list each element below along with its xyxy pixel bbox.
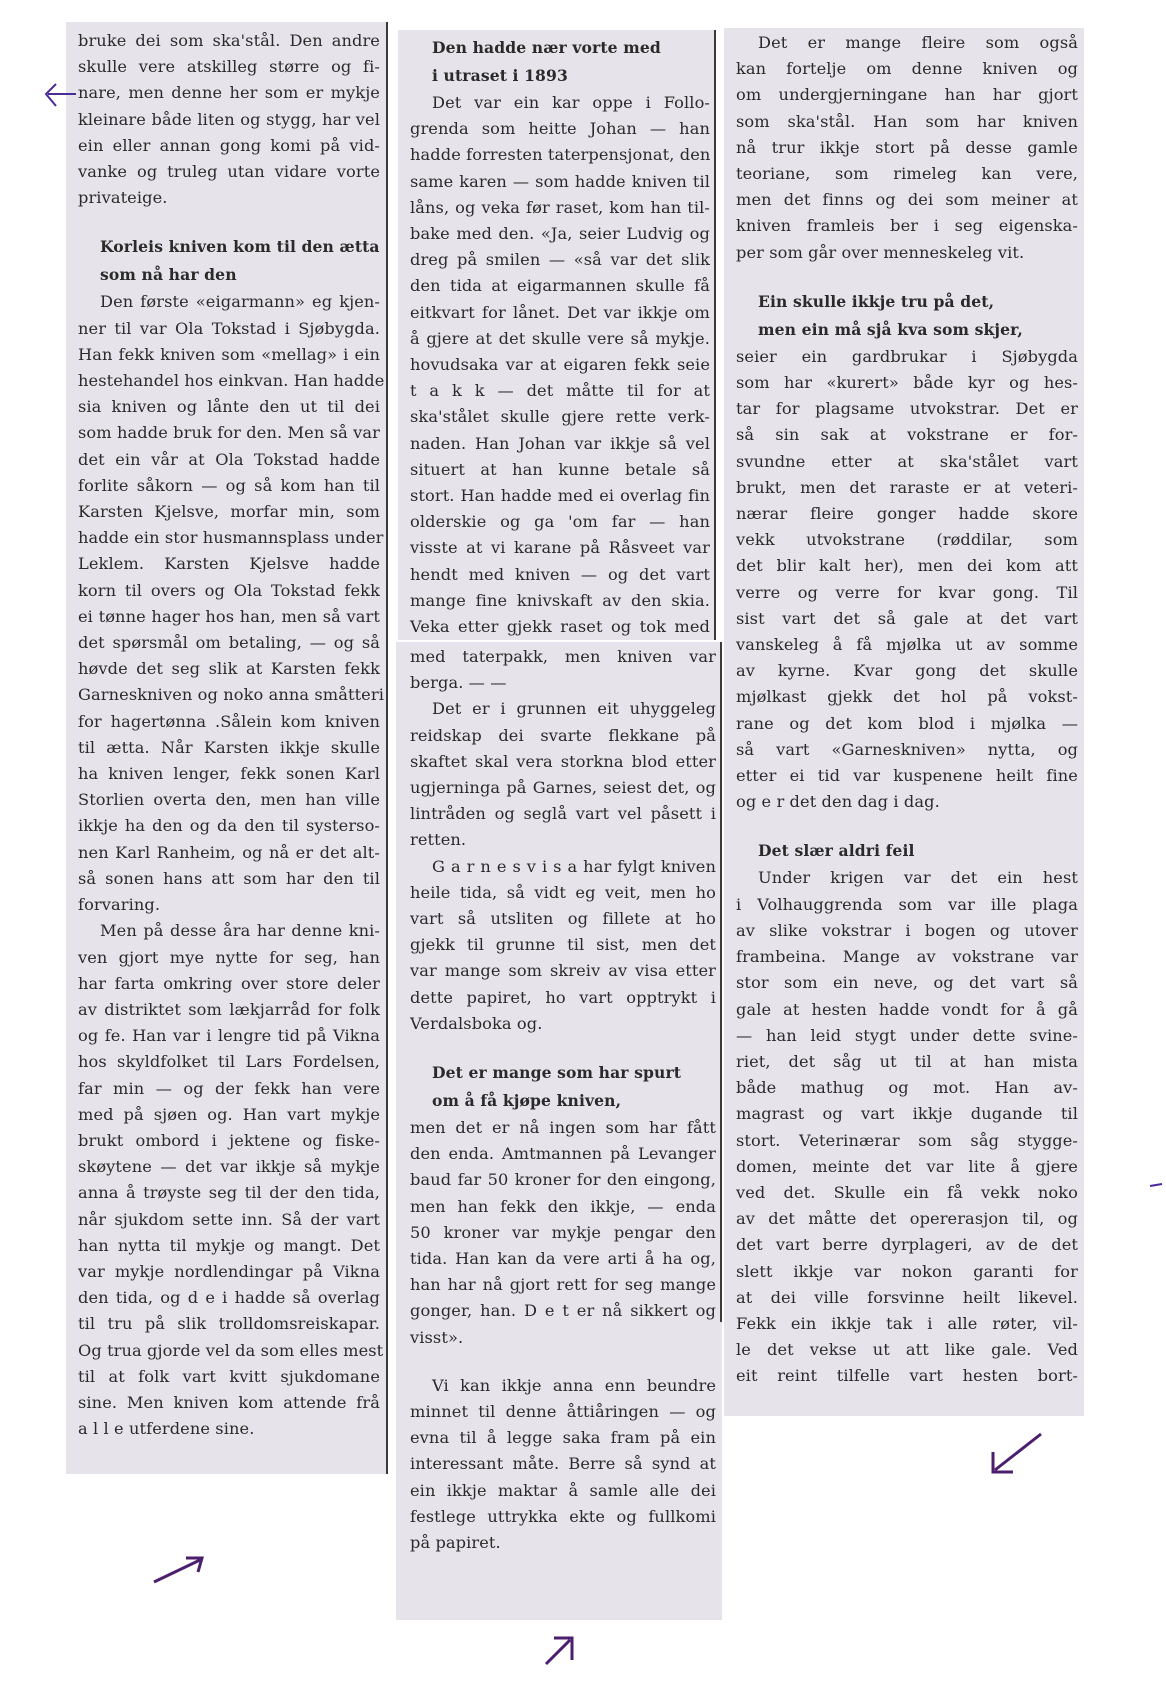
text-line: stort. Han hadde med ei overlag fin — [410, 483, 710, 509]
text-line: sine. Men kniven kom attende frå — [78, 1390, 380, 1416]
heading-line: Det er mange som har spurt — [432, 1059, 716, 1087]
text-line: olderskie og ga 'om far — han — [410, 509, 710, 535]
text-line: lintråden og seglå vart vel påsett i — [410, 801, 716, 827]
text-line: ved det. Skulle ein få vekk noko — [736, 1180, 1078, 1206]
text-line: domen, meinte det var lite å gjere — [736, 1154, 1078, 1180]
text-line: stort. Veterinærar som såg stygge- — [736, 1128, 1078, 1154]
text-line: det vart berre dyrplageri, av de det — [736, 1232, 1078, 1258]
text-line: hadde ein stor husmannsplass under — [78, 525, 380, 551]
text-line: privateige. — [78, 185, 380, 211]
text-line: for hagertønna .Sålein kom kniven — [78, 709, 380, 735]
middle-p4: men det er nå ingen som har fåttden enda… — [410, 1115, 716, 1351]
text-line: seier ein gardbrukar i Sjøbygda — [736, 344, 1078, 370]
text-line: ven gjort mye nytte for seg, han — [78, 945, 380, 971]
text-line: le det vekse ut att like gale. Ved — [736, 1337, 1078, 1363]
text-line: t a k k — det måtte til for at — [410, 378, 710, 404]
text-line: ha kniven lenger, fekk sonen Karl — [78, 761, 380, 787]
text-line: ein eller annan gong komi på vid- — [78, 133, 380, 159]
text-line: vanke og truleg utan vidare vorte — [78, 159, 380, 185]
text-line: han nytta til mykje og mangt. Det — [78, 1233, 380, 1259]
text-line: mange fine knivskaft av den skia. — [410, 588, 710, 614]
text-line: den tida, og d e i hadde så overlag — [78, 1285, 380, 1311]
middle-column-clipping-bottom: med taterpakk, men kniven varberga. — — … — [396, 642, 722, 1620]
text-line: Under krigen var det ein hest — [736, 865, 1078, 891]
text-line: dette papiret, ho vart opptrykt i — [410, 985, 716, 1011]
text-line: interessant måte. Berre så synd at — [410, 1451, 716, 1477]
arrow-up-icon — [540, 1630, 580, 1670]
text-line: teoriane, som rimeleg kan vere, — [736, 161, 1078, 187]
text-line: stor som ein neve, og det vart så — [736, 970, 1078, 996]
text-line: naden. Han Johan var ikkje så vel — [410, 431, 710, 457]
text-line: kniven framleis ber i seg eigenska- — [736, 213, 1078, 239]
text-line: Den første «eigarmann» eg kjen- — [78, 289, 380, 315]
text-line: bake med den. «Ja, seier Ludvig og — [410, 221, 710, 247]
left-p2: Den første «eigarmann» eg kjen-ner til v… — [78, 289, 380, 918]
spacer — [736, 815, 1078, 837]
text-line: far min — og der fekk han vere — [78, 1076, 380, 1102]
text-line: kan fortelje om denne kniven og — [736, 56, 1078, 82]
text-line: ner til var Ola Tokstad i Sjøbygda. — [78, 316, 380, 342]
text-line: eit reint tilfelle vart hesten bort- — [736, 1363, 1078, 1389]
text-line: og fe. Han var i lengre tid på Vikna — [78, 1023, 380, 1049]
margin-tick-mark — [1148, 1180, 1164, 1190]
text-line: hadde forresten taterpensjonat, den — [410, 142, 710, 168]
text-line: gonger, han. D e t er nå sikkert og — [410, 1298, 716, 1324]
text-line: svundne etter at ska'stålet vart — [736, 449, 1078, 475]
text-line: gale at hesten hadde vondt for å gå — [736, 997, 1078, 1023]
text-line: slett ikkje var nokon garanti for — [736, 1259, 1078, 1285]
text-line: Karsten Kjelsve, morfar min, som — [78, 499, 380, 525]
text-line: til tru på slik trolldomsreiskapar. — [78, 1311, 380, 1337]
text-line: hendt med kniven — og det vart — [410, 562, 710, 588]
text-line: Det var ein kar oppe i Follo- — [410, 90, 710, 116]
text-line: Og trua gjorde vel da som elles mest — [78, 1338, 380, 1364]
text-line: hos skyldfolket til Lars Fordelsen, — [78, 1049, 380, 1075]
left-p3: Men på desse åra har denne kni-ven gjort… — [78, 918, 380, 1442]
text-line: ugjerninga på Garnes, seiest det, og — [410, 775, 716, 801]
text-line: korn til overs og Ola Tokstad fekk — [78, 578, 380, 604]
text-line: brukt ombord i jektene og fiske- — [78, 1128, 380, 1154]
middle-heading-2: Det er mange som har spurtom å få kjøpe … — [410, 1059, 716, 1115]
text-line: Garneskniven og noko anna småtteri — [78, 682, 380, 708]
text-line: som ska'stål. Han som har kniven — [736, 109, 1078, 135]
text-line: det ein vår at Ola Tokstad hadde — [78, 447, 380, 473]
text-line: vanskeleg å få mjølka ut av somme — [736, 632, 1078, 658]
text-line: Det er i grunnen eit uhyggeleg — [410, 696, 716, 722]
text-line: visste at vi karane på Råsveet var — [410, 535, 710, 561]
text-line: retten. — [410, 827, 716, 853]
arrow-left-icon — [42, 80, 78, 110]
text-line: men han fekk den ikkje, — enda — [410, 1194, 716, 1220]
text-line: skaftet skal vera storkna blod etter — [410, 749, 716, 775]
text-line: sia kniven og lånte den ut til dei — [78, 394, 380, 420]
text-line: når sjukdom sette inn. Så der vart — [78, 1207, 380, 1233]
text-line: Han fekk kniven som «mellag» i ein — [78, 342, 380, 368]
text-line: av det måtte det opererasjon til, og — [736, 1206, 1078, 1232]
right-p3: Under krigen var det ein hesti Volhauggr… — [736, 865, 1078, 1389]
text-line: han har nå gjort rett for seg mange — [410, 1272, 716, 1298]
text-line: minnet til denne åttiåringen — og — [410, 1399, 716, 1425]
right-p1: Det er mange fleire som ogsåkan fortelje… — [736, 30, 1078, 266]
text-line: etter ei tid var kuspenene heilt fine — [736, 763, 1078, 789]
text-line: den tida at eigarmannen skulle få — [410, 273, 710, 299]
column-rule-middle-top — [714, 30, 716, 640]
heading-line: i utraset i 1893 — [432, 62, 710, 90]
text-line: det blir kalt her), men dei kom att — [736, 553, 1078, 579]
spacer — [410, 1037, 716, 1059]
text-line: sist vart det så gale at det vart — [736, 606, 1078, 632]
text-line: høvde det seg slik at Karsten fekk — [78, 656, 380, 682]
text-line: per som går over menneskeleg vit. — [736, 240, 1078, 266]
right-column-clipping: Det er mange fleire som ogsåkan fortelje… — [724, 28, 1084, 1416]
text-line: heile tida, så vidt eg veit, men ho — [410, 880, 716, 906]
middle-p3: G a r n e s v i s a har fylgt knivenheil… — [410, 854, 716, 1037]
text-line: skøytene — det var ikkje så mykje — [78, 1154, 380, 1180]
middle-p1-continuation: med taterpakk, men kniven varberga. — — — [410, 644, 716, 696]
middle-column-clipping-top: Den hadde nær vorte medi utraset i 1893 … — [398, 30, 716, 640]
text-line: nare, men denne her som er mykje — [78, 80, 380, 106]
text-line: var mykje nordlendingar på Vikna — [78, 1259, 380, 1285]
arrow-up-right-icon — [150, 1548, 210, 1588]
text-line: som har «kurert» både kyr og hes- — [736, 370, 1078, 396]
text-line: vekk utvokstrane (røddilar, som — [736, 527, 1078, 553]
spacer — [78, 211, 380, 233]
text-line: men det finns og dei som meiner at — [736, 187, 1078, 213]
text-line: Storlien overta den, men han ville — [78, 787, 380, 813]
text-line: Fekk ein ikkje tak i alle røter, vil- — [736, 1311, 1078, 1337]
text-line: verre og verre for kvar gong. Til — [736, 580, 1078, 606]
heading-line: Ein skulle ikkje tru på det, — [758, 288, 1078, 316]
heading-line: Korleis kniven kom til den ætta — [100, 233, 380, 261]
text-line: vart så utsliten og fillete at ho — [410, 906, 716, 932]
text-line: magrast og vart ikkje dugande til — [736, 1101, 1078, 1127]
heading-line: Den hadde nær vorte med — [432, 34, 710, 62]
text-line: av slike vokstrar i bogen og utover — [736, 918, 1078, 944]
text-line: 50 kroner var mykje pengar den — [410, 1220, 716, 1246]
left-heading-1: Korleis kniven kom til den ættasom nå ha… — [78, 233, 380, 289]
middle-p5: Vi kan ikkje anna enn beundreminnet til … — [410, 1373, 716, 1556]
text-line: med taterpakk, men kniven var — [410, 644, 716, 670]
text-line: med på sjøen og. Han vart mykje — [78, 1102, 380, 1128]
text-line: visst». — [410, 1325, 716, 1351]
text-line: både mathug og mot. Han av- — [736, 1075, 1078, 1101]
text-line: reidskap dei svarte flekkane på — [410, 723, 716, 749]
text-line: dreg på smilen — «så var det slik — [410, 247, 710, 273]
right-p2: seier ein gardbrukar i Sjøbygdasom har «… — [736, 344, 1078, 816]
text-line: så vart «Garneskniven» nytta, og — [736, 737, 1078, 763]
heading-line: som nå har den — [100, 261, 380, 289]
column-rule-left — [386, 22, 388, 1474]
text-line: Veka etter gjekk raset og tok med — [410, 614, 710, 640]
text-line: men det er nå ingen som har fått — [410, 1115, 716, 1141]
text-line: forvaring. — [78, 892, 380, 918]
text-line: så sonen hans att som har den til — [78, 866, 380, 892]
text-line: skulle vere atskilleg større og fi- — [78, 54, 380, 80]
text-line: hovudsaka var at eigaren fekk seie — [410, 352, 710, 378]
text-line: at dei ville forsvinne heilt likevel. — [736, 1285, 1078, 1311]
text-line: Vi kan ikkje anna enn beundre — [410, 1373, 716, 1399]
text-line: frambeina. Mange av vokstrane var — [736, 944, 1078, 970]
text-line: som hadde bruk for den. Men så var — [78, 420, 380, 446]
text-line: grenda som heitte Johan — han — [410, 116, 710, 142]
spacer — [736, 266, 1078, 288]
text-line: — han leid stygt under dette svine- — [736, 1023, 1078, 1049]
text-line: så sin sak at vokstrane er for- — [736, 422, 1078, 448]
text-line: gjekk til grunne til sist, men det — [410, 932, 716, 958]
arrow-down-left-icon — [985, 1430, 1045, 1480]
text-line: situert at han kunne betale så — [410, 457, 710, 483]
heading-line: men ein må sjå kva som skjer, — [758, 316, 1078, 344]
text-line: kleinare både liten og stygg, har vel — [78, 107, 380, 133]
text-line: Det er mange fleire som også — [736, 30, 1078, 56]
text-line: ikkje ha den og da den til systerso- — [78, 813, 380, 839]
text-line: G a r n e s v i s a har fylgt kniven — [410, 854, 716, 880]
text-line: ei tønne hager hos han, men så vart — [78, 604, 380, 630]
text-line: den enda. Amtmannen på Levanger — [410, 1141, 716, 1167]
heading-line: Det slær aldri feil — [758, 837, 1078, 865]
right-heading-1: Ein skulle ikkje tru på det,men ein må s… — [736, 288, 1078, 344]
text-line: Leklem. Karsten Kjelsve hadde — [78, 551, 380, 577]
text-line: mjølkast gjekk det hol på vokst- — [736, 684, 1078, 710]
text-line: a l l e utferdene sine. — [78, 1416, 380, 1442]
text-line: Verdalsboka og. — [410, 1011, 716, 1037]
text-line: eitkvart for lånet. Det var ikkje om — [410, 300, 710, 326]
text-line: av distriktet som lækjarråd for folk — [78, 997, 380, 1023]
spacer — [410, 1351, 716, 1373]
text-line: berga. — — — [410, 670, 716, 696]
right-heading-2: Det slær aldri feil — [736, 837, 1078, 865]
text-line: til at folk vart kvitt sjukdomane — [78, 1364, 380, 1390]
text-line: å gjere at det skulle vere så mykje. — [410, 326, 710, 352]
text-line: evna til å legge saka fram på ein — [410, 1425, 716, 1451]
text-line: bruke dei som ska'stål. Den andre — [78, 28, 380, 54]
text-line: rane og det kom blod i mjølka — — [736, 711, 1078, 737]
text-line: festlege uttrykka ekte og fullkomi — [410, 1504, 716, 1530]
text-line: hestehandel hos einkvan. Han hadde — [78, 368, 380, 394]
text-line: har farta omkring over store deler — [78, 971, 380, 997]
text-line: ein ikkje maktar å samle alle dei — [410, 1478, 716, 1504]
text-line: tar for plagsame utvokstrar. Det er — [736, 396, 1078, 422]
text-line: nen Karl Ranheim, og nå er det alt- — [78, 840, 380, 866]
text-line: og e r det den dag i dag. — [736, 789, 1078, 815]
middle-heading-1: Den hadde nær vorte medi utraset i 1893 — [410, 34, 710, 90]
middle-p2: Det er i grunnen eit uhyggelegreidskap d… — [410, 696, 716, 853]
text-line: om undergjerningane han har gjort — [736, 82, 1078, 108]
left-p1: bruke dei som ska'stål. Den andreskulle … — [78, 28, 380, 211]
text-line: same karen — som hadde kniven til — [410, 169, 710, 195]
column-rule-middle-bottom — [720, 642, 722, 1322]
text-line: nå trur ikkje stort på desse gamle — [736, 135, 1078, 161]
text-line: i Volhauggrenda som var ille plaga — [736, 892, 1078, 918]
text-line: låns, og veka før raset, kom han til- — [410, 195, 710, 221]
text-line: brukt, men det raraste er at veteri- — [736, 475, 1078, 501]
text-line: tida. Han kan da vere arti å ha og, — [410, 1246, 716, 1272]
left-column-clipping: bruke dei som ska'stål. Den andreskulle … — [66, 22, 388, 1474]
text-line: nærar fleire gonger hadde skore — [736, 501, 1078, 527]
text-line: av kyrne. Kvar gong det skulle — [736, 658, 1078, 684]
text-line: baud far 50 kroner for den eingong, — [410, 1167, 716, 1193]
text-line: ska'stålet skulle gjere rette verk- — [410, 404, 710, 430]
text-line: anna å trøyste seg til der den tida, — [78, 1180, 380, 1206]
text-line: riet, det såg ut til at han mista — [736, 1049, 1078, 1075]
text-line: på papiret. — [410, 1530, 716, 1556]
text-line: til ætta. Når Karsten ikkje skulle — [78, 735, 380, 761]
text-line: forlite såkorn — og så kom han til — [78, 473, 380, 499]
middle-p1: Det var ein kar oppe i Follo-grenda som … — [410, 90, 710, 666]
text-line: Men på desse åra har denne kni- — [78, 918, 380, 944]
heading-line: om å få kjøpe kniven, — [432, 1087, 716, 1115]
text-line: det spørsmål om betaling, — og så — [78, 630, 380, 656]
text-line: var mange som skreiv av visa etter — [410, 958, 716, 984]
